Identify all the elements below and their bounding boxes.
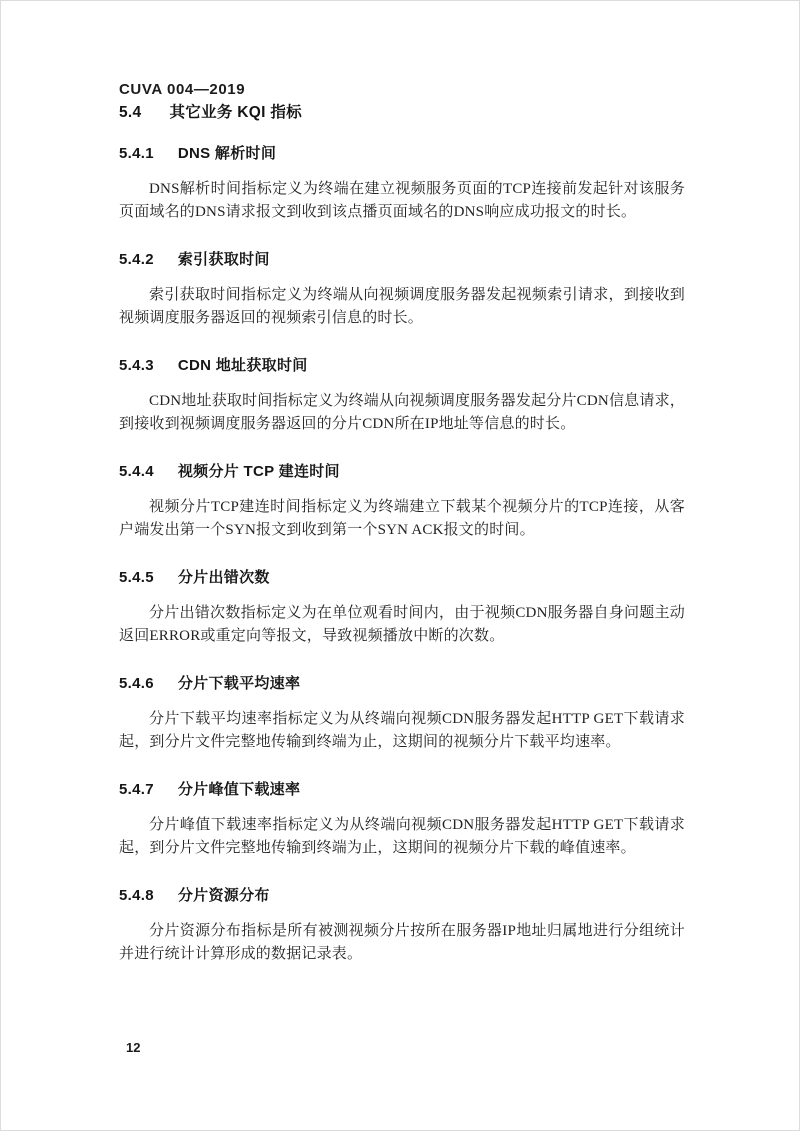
page-number: 12 — [126, 1040, 140, 1055]
section-number: 5.4.8 — [119, 887, 154, 904]
section-heading-5-4-3: 5.4.3CDN 地址获取时间 — [119, 355, 685, 376]
section-heading-5-4-5: 5.4.5分片出错次数 — [119, 567, 685, 588]
section-heading-5-4-4: 5.4.4视频分片 TCP 建连时间 — [119, 461, 685, 482]
document-code: CUVA 004—2019 — [119, 80, 685, 100]
section-title: 其它业务 KQI 指标 — [169, 104, 301, 121]
section-number: 5.4.2 — [119, 251, 154, 268]
document-page: CUVA 004—2019 5.4其它业务 KQI 指标 5.4.1DNS 解析… — [0, 0, 800, 1131]
section-body-5-4-4: 视频分片TCP建连时间指标定义为终端建立下载某个视频分片的TCP连接，从客户端发… — [119, 496, 685, 541]
section-number: 5.4.3 — [119, 357, 154, 374]
section-heading-5-4-7: 5.4.7分片峰值下载速率 — [119, 779, 685, 800]
section-heading-5-4-2: 5.4.2索引获取时间 — [119, 249, 685, 270]
section-number: 5.4.6 — [119, 675, 154, 692]
section-title: 视频分片 TCP 建连时间 — [178, 463, 340, 480]
section-title: CDN 地址获取时间 — [178, 357, 308, 374]
section-title: 分片出错次数 — [178, 569, 270, 586]
section-title: 分片峰值下载速率 — [178, 781, 300, 798]
page-content: CUVA 004—2019 5.4其它业务 KQI 指标 5.4.1DNS 解析… — [119, 80, 685, 965]
section-number: 5.4.4 — [119, 463, 154, 480]
section-body-5-4-5: 分片出错次数指标定义为在单位观看时间内，由于视频CDN服务器自身问题主动返回ER… — [119, 602, 685, 647]
section-body-5-4-3: CDN地址获取时间指标定义为终端从向视频调度服务器发起分片CDN信息请求，到接收… — [119, 390, 685, 435]
section-title: 索引获取时间 — [178, 251, 270, 268]
section-number: 5.4.5 — [119, 569, 154, 586]
section-heading-5-4: 5.4其它业务 KQI 指标 — [119, 102, 685, 123]
section-body-5-4-2: 索引获取时间指标定义为终端从向视频调度服务器发起视频索引请求，到接收到视频调度服… — [119, 284, 685, 329]
section-body-5-4-8: 分片资源分布指标是所有被测视频分片按所在服务器IP地址归属地进行分组统计并进行统… — [119, 920, 685, 965]
section-body-5-4-6: 分片下载平均速率指标定义为从终端向视频CDN服务器发起HTTP GET下载请求起… — [119, 708, 685, 753]
section-number: 5.4 — [119, 104, 141, 121]
section-title: DNS 解析时间 — [178, 145, 276, 162]
section-number: 5.4.7 — [119, 781, 154, 798]
section-body-5-4-1: DNS解析时间指标定义为终端在建立视频服务页面的TCP连接前发起针对该服务页面域… — [119, 178, 685, 223]
section-heading-5-4-6: 5.4.6分片下载平均速率 — [119, 673, 685, 694]
section-heading-5-4-1: 5.4.1DNS 解析时间 — [119, 143, 685, 164]
section-title: 分片资源分布 — [178, 887, 270, 904]
section-number: 5.4.1 — [119, 145, 154, 162]
section-heading-5-4-8: 5.4.8分片资源分布 — [119, 885, 685, 906]
section-body-5-4-7: 分片峰值下载速率指标定义为从终端向视频CDN服务器发起HTTP GET下载请求起… — [119, 814, 685, 859]
section-title: 分片下载平均速率 — [178, 675, 300, 692]
